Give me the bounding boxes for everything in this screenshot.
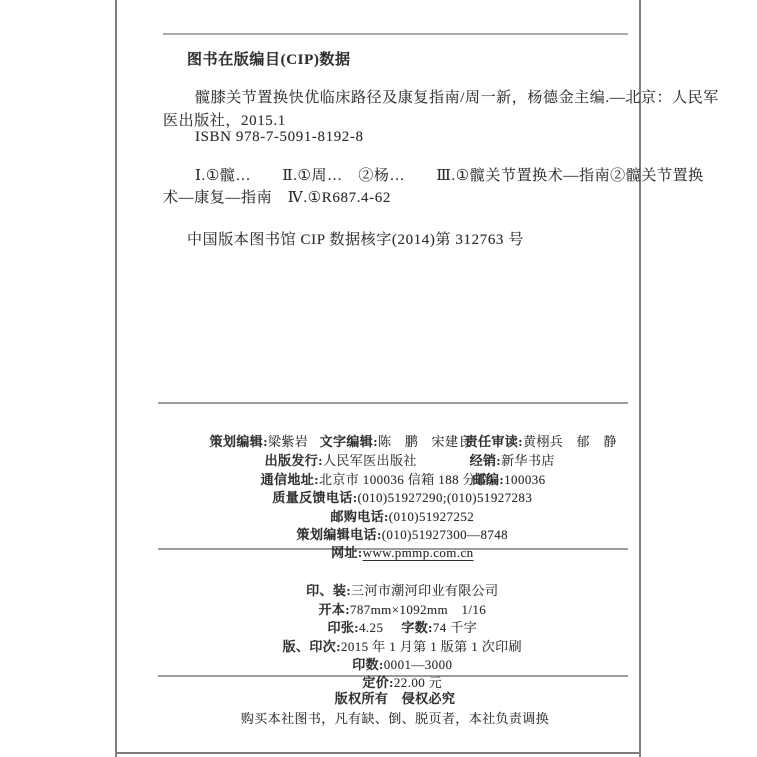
isbn-line: ISBN 978-7-5091-8192-8 [195,129,364,146]
cip-entry-line-1: 髋膝关节置换快优临床路径及康复指南/周一新，杨德金主编.—北京：人民军 [195,86,719,107]
page-bottom-edge [115,752,641,754]
copyright-notice: 版权所有 侵权必究 [162,688,628,707]
cip-record-number: 中国版本图书馆 CIP 数据核字(2014)第 312763 号 [187,228,524,249]
website-label: 网址: [331,545,363,560]
cip-entry-line-2: 医出版社，2015.1 [163,109,286,130]
page-left-edge [115,0,117,757]
divider-above-staff [158,402,628,404]
website-url: www.pmmp.com.cn [363,545,474,560]
cip-header: 图书在版编目(CIP)数据 [187,48,351,69]
top-rule [163,33,628,35]
page-right-edge [639,0,641,757]
classification-line-1: Ⅰ.①髋… Ⅱ.①周… ②杨… Ⅲ.①髋关节置换术—指南②髋关节置换 [195,164,704,185]
book-copyright-page: 图书在版编目(CIP)数据 髋膝关节置换快优临床路径及康复指南/周一新，杨德金主… [0,0,757,757]
classification-line-2: 术—康复—指南 Ⅳ.①R687.4-62 [163,186,391,207]
exchange-notice: 购买本社图书，凡有缺、倒、脱页者，本社负责调换 [162,708,628,727]
